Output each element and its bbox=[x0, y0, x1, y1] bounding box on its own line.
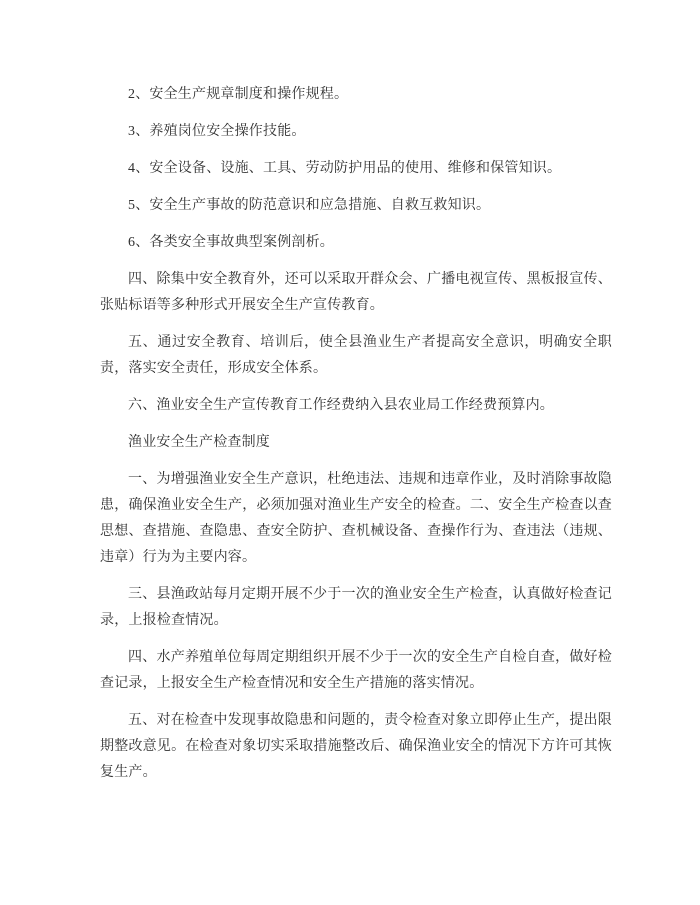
document-page: 2、安全生产规章制度和操作规程。3、养殖岗位安全操作技能。4、安全设备、设施、工… bbox=[0, 0, 700, 905]
paragraph: 2、安全生产规章制度和操作规程。 bbox=[100, 82, 612, 108]
paragraph: 四、除集中安全教育外，还可以采取开群众会、广播电视宣传、黑板报宣传、张贴标语等多… bbox=[100, 267, 612, 319]
paragraph: 六、渔业安全生产宣传教育工作经费纳入县农业局工作经费预算内。 bbox=[100, 393, 612, 419]
paragraph: 一、为增强渔业安全生产意识，杜绝违法、违规和违章作业，及时消除事故隐患，确保渔业… bbox=[100, 467, 612, 571]
paragraph: 五、对在检查中发现事故隐患和问题的，责令检查对象立即停止生产，提出限期整改意见。… bbox=[100, 708, 612, 786]
paragraph: 五、通过安全教育、培训后，使全县渔业生产者提高安全意识，明确安全职责，落实安全责… bbox=[100, 330, 612, 382]
paragraph: 3、养殖岗位安全操作技能。 bbox=[100, 119, 612, 145]
paragraph: 6、各类安全事故典型案例剖析。 bbox=[100, 230, 612, 256]
paragraph: 三、县渔政站每月定期开展不少于一次的渔业安全生产检查，认真做好检查记录，上报检查… bbox=[100, 582, 612, 634]
section-title: 渔业安全生产检查制度 bbox=[100, 430, 612, 456]
document-content: 2、安全生产规章制度和操作规程。3、养殖岗位安全操作技能。4、安全设备、设施、工… bbox=[100, 82, 612, 797]
paragraph: 四、水产养殖单位每周定期组织开展不少于一次的安全生产自检自查，做好检查记录，上报… bbox=[100, 645, 612, 697]
paragraph: 4、安全设备、设施、工具、劳动防护用品的使用、维修和保管知识。 bbox=[100, 156, 612, 182]
paragraph: 5、安全生产事故的防范意识和应急措施、自救互救知识。 bbox=[100, 193, 612, 219]
